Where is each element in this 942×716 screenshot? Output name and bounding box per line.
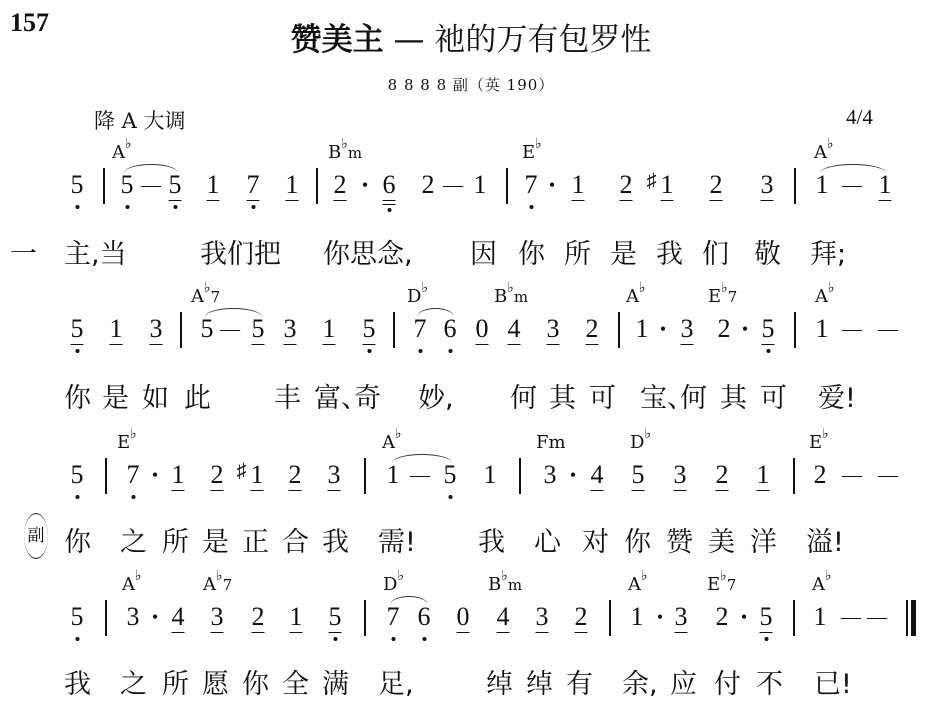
lyric-text: 合 <box>282 520 309 559</box>
title-subtitle: 祂的万有包罗性 <box>434 22 651 58</box>
chord-symbol: A♭ <box>815 286 835 307</box>
dot-extension: • <box>570 460 576 490</box>
lyric-text: 是 <box>102 376 129 415</box>
chord-symbol: B♭m <box>328 142 362 163</box>
flat-icon: ♭ <box>125 136 132 152</box>
lyric-text: 我们把 <box>200 232 281 271</box>
note: 4 <box>172 602 185 632</box>
lyric-text: 我 <box>656 232 683 271</box>
chord-quality: 7 <box>211 288 221 306</box>
note: 5 <box>71 170 84 200</box>
note: 5 <box>329 602 342 632</box>
note: 7 <box>127 460 140 490</box>
octave-dot <box>766 349 770 353</box>
note: 3 <box>328 460 341 490</box>
lyric-text: 爱! <box>818 376 856 415</box>
note: 4 <box>497 602 510 632</box>
chord-root: A <box>191 286 204 307</box>
note: 2 <box>718 314 731 344</box>
lyric-text: 余, <box>622 662 658 701</box>
chord-symbol: A♭ <box>626 286 646 307</box>
note: 7 <box>387 602 400 632</box>
barline <box>794 312 796 348</box>
note: 1 <box>286 170 299 200</box>
octave-dot <box>75 495 79 499</box>
lyric-text: 因 <box>470 232 497 271</box>
lyric-text: 已! <box>814 662 852 701</box>
flat-icon: ♭ <box>535 136 542 152</box>
chord-root: E <box>708 286 721 307</box>
chord-root: E <box>809 432 822 453</box>
sharp-icon: ♯ <box>647 166 657 196</box>
chord-symbol: A♭ <box>628 574 648 595</box>
lyric-text: 溢! <box>806 520 844 559</box>
lyric-text: 之 <box>120 520 147 559</box>
note: 1 <box>879 170 892 200</box>
octave-dot <box>131 495 135 499</box>
chord-quality: 7 <box>728 288 738 306</box>
chord-root: E <box>707 574 720 595</box>
note: 2 <box>211 460 224 490</box>
note: 1 <box>636 314 649 344</box>
note: 3 <box>284 314 297 344</box>
octave-dot <box>75 637 79 641</box>
lyric-text: 心 <box>534 520 561 559</box>
note: 1 <box>816 170 829 200</box>
barline <box>519 458 521 494</box>
note: 6 <box>383 170 396 200</box>
barline <box>793 458 795 494</box>
key-signature: 降 A 大调 <box>94 105 186 135</box>
note: 3 <box>211 602 224 632</box>
note: 2 <box>620 170 633 200</box>
chord-root: A <box>814 142 827 163</box>
note: 5 <box>121 170 134 200</box>
dash-extension: — <box>141 170 161 200</box>
flat-icon: ♭ <box>204 280 211 296</box>
lyric-text: 赞 <box>666 520 693 559</box>
tie-slur <box>820 164 886 173</box>
dot-extension: • <box>660 314 666 344</box>
note: 1 <box>110 314 123 344</box>
note: 3 <box>127 602 140 632</box>
note: 2 <box>252 602 265 632</box>
octave-dot <box>75 349 79 353</box>
lyric-text: 是 <box>202 520 229 559</box>
lyric-text: 丰 <box>274 376 301 415</box>
lyric-text: 其 <box>549 376 576 415</box>
note: 7 <box>525 170 538 200</box>
dash-extension: — <box>410 460 430 490</box>
tie-slur <box>205 308 262 317</box>
dot-extension: • <box>657 602 663 632</box>
flat-icon: ♭ <box>644 426 651 442</box>
octave-dot <box>529 205 533 209</box>
note: 5 <box>760 602 773 632</box>
note: 3 <box>536 602 549 632</box>
octave-dot <box>251 205 255 209</box>
barline <box>506 168 508 204</box>
note: 5 <box>363 314 376 344</box>
note: 5 <box>71 460 84 490</box>
note: 6 <box>444 314 457 344</box>
lyric-text: 可 <box>589 376 616 415</box>
lyric-text: 是 <box>610 232 637 271</box>
chord-root: A <box>628 574 641 595</box>
note: 1 <box>484 460 497 490</box>
barline <box>393 312 395 348</box>
note: 3 <box>150 314 163 344</box>
note: 1 <box>207 170 220 200</box>
octave-dot <box>418 349 422 353</box>
lyric-text: 们 <box>702 232 729 271</box>
lyric-text: 满 <box>322 662 349 701</box>
lyric-text: 你 <box>518 232 545 271</box>
chord-root: D <box>407 286 421 307</box>
chord-symbol: E♭ <box>809 432 829 453</box>
chord-root: D <box>383 574 397 595</box>
lyric-text: 所 <box>162 662 189 701</box>
refrain-marker: 副 <box>24 513 48 559</box>
chord-symbol: A♭ <box>112 142 132 163</box>
note: 2 <box>334 170 347 200</box>
tie-slur <box>390 596 428 605</box>
flat-icon: ♭ <box>721 280 728 296</box>
note: 1♯ <box>661 170 674 200</box>
lyric-text: 绰 <box>526 662 553 701</box>
octave-dot <box>387 208 391 212</box>
lyric-text: 我 <box>64 662 91 701</box>
chord-symbol: A♭ <box>812 574 832 595</box>
tie-slur <box>417 308 454 317</box>
chord-root: A <box>815 286 828 307</box>
chord-symbol: A♭ <box>382 432 402 453</box>
barline <box>793 600 795 636</box>
lyric-text: 正 <box>242 520 269 559</box>
chord-symbol: B♭m <box>488 574 522 595</box>
lyric-text: 你 <box>64 520 91 559</box>
chord-quality: m <box>514 288 528 306</box>
meter-info: 8 8 8 8 副（英 190） <box>0 74 942 95</box>
thick-line <box>911 600 916 636</box>
title-main: 赞美主 <box>291 22 384 58</box>
note: 1 <box>757 460 770 490</box>
note: 3 <box>544 460 557 490</box>
flat-icon: ♭ <box>507 280 514 296</box>
note: 3 <box>547 314 560 344</box>
lyric-text: 绰 <box>486 662 513 701</box>
dot-extension: • <box>152 460 158 490</box>
lyric-text: 何 <box>680 376 707 415</box>
octave-dot <box>333 637 337 641</box>
chord-root: Fm <box>536 432 566 453</box>
flat-icon: ♭ <box>130 426 137 442</box>
note: 1 <box>631 602 644 632</box>
note: 5 <box>169 170 182 200</box>
lyric-text: 如 <box>142 376 169 415</box>
lyric-text: 我 <box>478 520 505 559</box>
chord-symbol: D♭ <box>630 432 651 453</box>
chord-root: D <box>630 432 644 453</box>
chord-symbol: A♭7 <box>191 286 220 307</box>
octave-dot <box>764 637 768 641</box>
barline <box>105 600 107 636</box>
note: 2 <box>716 602 729 632</box>
octave-dot <box>75 205 79 209</box>
octave-dot <box>367 349 371 353</box>
chord-symbol: Fm <box>536 432 566 453</box>
lyric-text: 此 <box>184 376 211 415</box>
octave-dot <box>125 205 129 209</box>
lyric-text: 洋 <box>750 520 777 559</box>
octave-dot <box>391 637 395 641</box>
lyric-text: 妙, <box>418 376 454 415</box>
dot-extension: • <box>152 602 158 632</box>
time-signature: 4/4 <box>846 105 873 130</box>
lyric-text: 所 <box>162 520 189 559</box>
dash-extension: — <box>878 314 898 344</box>
chord-symbol: A♭7 <box>203 574 232 595</box>
dash-extension: — <box>867 602 887 632</box>
chord-symbol: E♭7 <box>707 574 736 595</box>
lyric-text: 不 <box>756 662 783 701</box>
barline <box>364 458 366 494</box>
chord-symbol: D♭ <box>407 286 428 307</box>
note: 5 <box>444 460 457 490</box>
lyric-text: 主,当 <box>64 232 127 271</box>
chord-symbol: B♭m <box>494 286 528 307</box>
thin-line <box>906 600 908 636</box>
flat-icon: ♭ <box>341 136 348 152</box>
lyric-text: 拜; <box>810 232 846 271</box>
barline <box>618 312 620 348</box>
chord-symbol: D♭ <box>383 574 404 595</box>
flat-icon: ♭ <box>825 568 832 584</box>
note: 1 <box>474 170 487 200</box>
note: 3 <box>761 170 774 200</box>
dot-extension: • <box>742 314 748 344</box>
chord-root: B <box>488 574 501 595</box>
note: 5 <box>762 314 775 344</box>
barline <box>180 312 182 348</box>
barline <box>364 600 366 636</box>
chord-root: B <box>328 142 341 163</box>
flat-icon: ♭ <box>421 280 428 296</box>
dot-extension: • <box>549 170 555 200</box>
flat-icon: ♭ <box>397 568 404 584</box>
flat-icon: ♭ <box>720 568 727 584</box>
lyric-text: 你思念, <box>323 232 413 271</box>
chord-root: E <box>117 432 130 453</box>
note: 1♯ <box>251 460 264 490</box>
lyric-text: 付 <box>714 662 741 701</box>
sharp-icon: ♯ <box>237 456 247 486</box>
dash-extension: — <box>220 314 240 344</box>
chord-quality: 7 <box>223 576 233 594</box>
dash-extension: — <box>842 314 862 344</box>
dash-extension: — <box>878 460 898 490</box>
tie-slur <box>392 454 452 463</box>
note: 6 <box>418 602 431 632</box>
flat-icon: ♭ <box>827 136 834 152</box>
note: 2 <box>710 170 723 200</box>
note: 1 <box>172 460 185 490</box>
lyric-text: 何 <box>510 376 537 415</box>
lyric-text: 应 <box>670 662 697 701</box>
octave-dot <box>173 205 177 209</box>
barline <box>103 168 105 204</box>
note: 5 <box>71 314 84 344</box>
lyric-text: 对 <box>582 520 609 559</box>
lyric-text: 敬 <box>754 232 781 271</box>
note: 2 <box>586 314 599 344</box>
flat-icon: ♭ <box>501 568 508 584</box>
flat-icon: ♭ <box>639 280 646 296</box>
chord-quality: m <box>348 144 362 162</box>
chord-root: A <box>626 286 639 307</box>
chord-quality: m <box>508 576 522 594</box>
note: 3 <box>674 460 687 490</box>
chord-root: A <box>203 574 216 595</box>
note: 2 <box>289 460 302 490</box>
chord-symbol: E♭ <box>117 432 137 453</box>
chord-root: B <box>494 286 507 307</box>
lyric-text: 有 <box>566 662 593 701</box>
lyric-text: 美 <box>708 520 735 559</box>
chord-root: A <box>812 574 825 595</box>
lyric-text: 所 <box>564 232 591 271</box>
chord-root: E <box>522 142 535 163</box>
note: 4 <box>508 314 521 344</box>
barline <box>609 600 611 636</box>
lyric-text: 其 <box>720 376 747 415</box>
note: 3 <box>681 314 694 344</box>
flat-icon: ♭ <box>216 568 223 584</box>
lyric-text: 需! <box>378 520 416 559</box>
lyric-text: 全 <box>282 662 309 701</box>
note: 5 <box>632 460 645 490</box>
note: 3 <box>675 602 688 632</box>
lyric-text: 你 <box>242 662 269 701</box>
title-separator: — <box>384 22 435 58</box>
note: 2 <box>575 602 588 632</box>
note: 0 <box>476 314 489 344</box>
chord-quality: 7 <box>727 576 737 594</box>
octave-dot <box>422 637 426 641</box>
hymn-title: 赞美主 — 祂的万有包罗性 <box>0 14 942 59</box>
note: 5 <box>201 314 214 344</box>
note: 7 <box>247 170 260 200</box>
lyric-text: 你 <box>624 520 651 559</box>
chord-symbol: E♭7 <box>708 286 737 307</box>
chord-root: A <box>112 142 125 163</box>
lyric-text: 之 <box>120 662 147 701</box>
note: 2 <box>814 460 827 490</box>
note: 1 <box>816 314 829 344</box>
note: 2 <box>716 460 729 490</box>
barline <box>105 458 107 494</box>
note: 1 <box>572 170 585 200</box>
lyric-text: 足, <box>378 662 414 701</box>
flat-icon: ♭ <box>828 280 835 296</box>
note: 1 <box>323 314 336 344</box>
chord-symbol: A♭ <box>814 142 834 163</box>
dash-extension: — <box>842 170 862 200</box>
note: 5 <box>71 602 84 632</box>
note: 1 <box>814 602 827 632</box>
flat-icon: ♭ <box>822 426 829 442</box>
note: 5 <box>252 314 265 344</box>
dot-extension: • <box>741 602 747 632</box>
note: 2 <box>422 170 435 200</box>
lyric-text: 一 <box>10 232 37 271</box>
note: 0 <box>457 602 470 632</box>
lyric-text: 你 <box>64 376 91 415</box>
lyric-text: 我 <box>322 520 349 559</box>
tie-slur <box>124 164 178 173</box>
lyric-text: 愿 <box>202 662 229 701</box>
chord-root: A <box>122 574 135 595</box>
note: 7 <box>414 314 427 344</box>
barline <box>794 168 796 204</box>
chord-symbol: E♭ <box>522 142 542 163</box>
lyric-text: 奇 <box>354 376 381 415</box>
lyric-text: 可 <box>760 376 787 415</box>
dash-extension: — <box>842 460 862 490</box>
dot-extension: • <box>362 170 368 200</box>
octave-dot <box>448 495 452 499</box>
note: 4 <box>591 460 604 490</box>
note: 1 <box>290 602 303 632</box>
octave-dot <box>448 349 452 353</box>
flat-icon: ♭ <box>395 426 402 442</box>
chord-symbol: A♭ <box>122 574 142 595</box>
flat-icon: ♭ <box>135 568 142 584</box>
barline <box>316 168 318 204</box>
chord-root: A <box>382 432 395 453</box>
note: 1 <box>387 460 400 490</box>
flat-icon: ♭ <box>641 568 648 584</box>
dash-extension: — <box>443 170 463 200</box>
dash-extension: — <box>841 602 861 632</box>
